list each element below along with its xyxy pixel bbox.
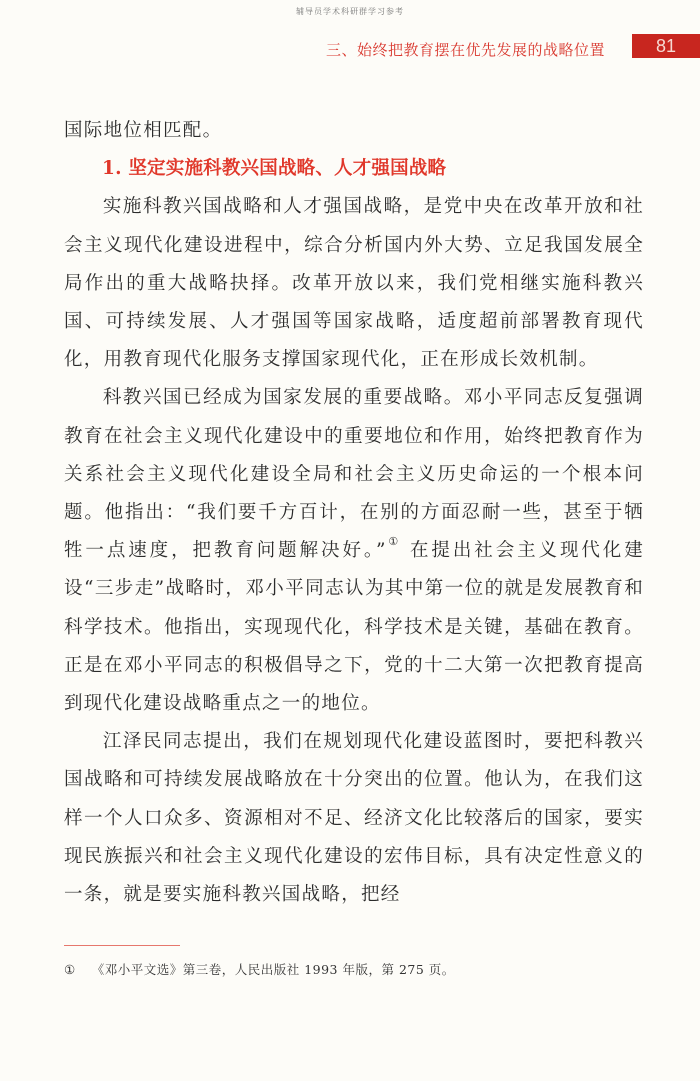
- paragraph-2-text: 科教兴国已经成为国家发展的重要战略。邓小平同志反复强调教育在社会主义现代化建设中…: [64, 387, 644, 561]
- watermark-text: 辅导员学术科研群学习参考: [0, 6, 700, 17]
- paragraph-1: 实施科教兴国战略和人才强国战略，是党中央在改革开放和社会主义现代化建设进程中，综…: [64, 188, 644, 379]
- footnote-reference[interactable]: ①: [387, 535, 401, 548]
- section-heading: 1. 坚定实施科教兴国战略、人才强国战略: [64, 150, 644, 188]
- running-title: 三、始终把教育摆在优先发展的战略位置: [326, 39, 605, 60]
- body-text: 国际地位相匹配。 1. 坚定实施科教兴国战略、人才强国战略 实施科教兴国战略和人…: [64, 112, 644, 914]
- page-number-badge: 81: [632, 34, 700, 58]
- footnote-divider: [64, 945, 180, 946]
- paragraph-2: 科教兴国已经成为国家发展的重要战略。邓小平同志反复强调教育在社会主义现代化建设中…: [64, 379, 644, 723]
- paragraph-2-continuation: 在提出社会主义现代化建设“三步走”战略时，邓小平同志认为其中第一位的就是发展教育…: [64, 540, 644, 714]
- paragraph-3: 江泽民同志提出，我们在规划现代化建设蓝图时，要把科教兴国战略和可持续发展战略放在…: [64, 723, 644, 914]
- footnote: ①《邓小平文选》第三卷，人民出版社 1993 年版，第 275 页。: [64, 960, 455, 978]
- footnote-mark: ①: [64, 962, 76, 977]
- footnote-text: 《邓小平文选》第三卷，人民出版社 1993 年版，第 275 页。: [92, 962, 455, 977]
- opening-fragment: 国际地位相匹配。: [64, 112, 644, 150]
